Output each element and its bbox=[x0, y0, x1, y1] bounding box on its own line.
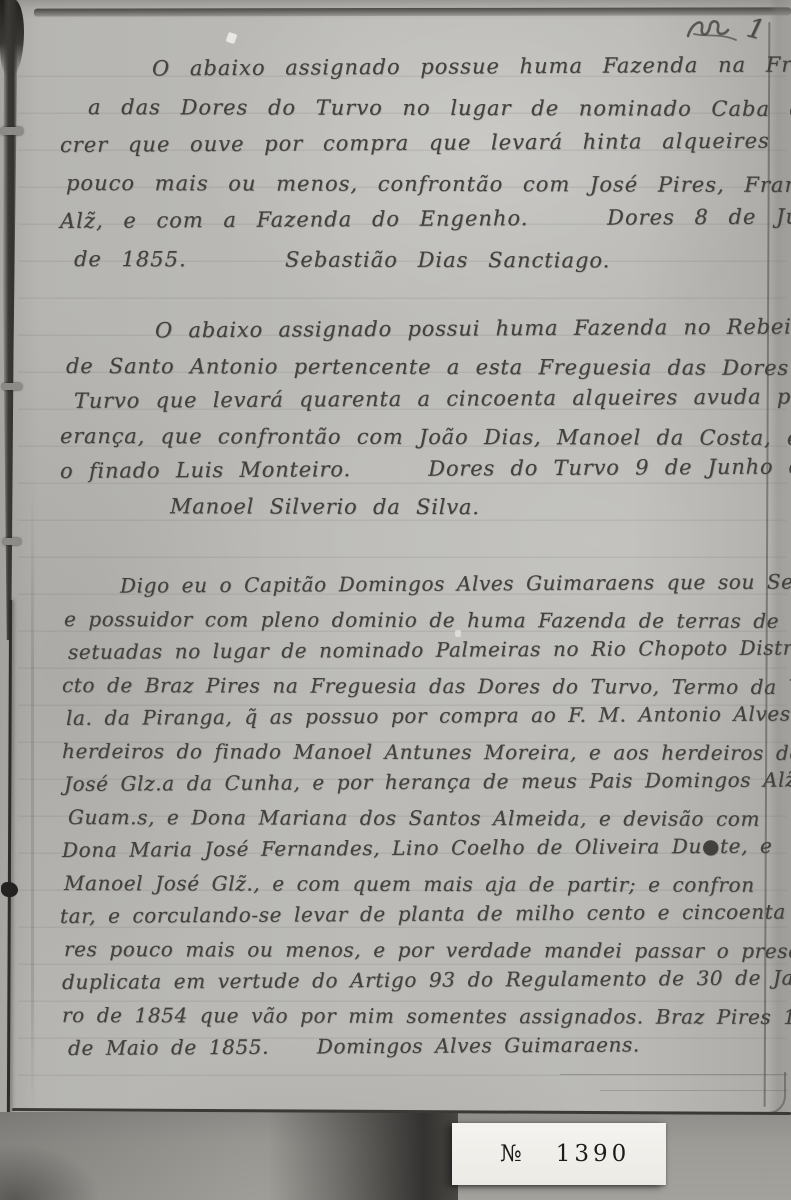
manuscript-line: Turvo que levará quarenta a cincoenta al… bbox=[60, 379, 791, 419]
manuscript-line: O abaixo assignado possui huma Fazenda n… bbox=[60, 309, 791, 349]
archival-number: 1390 bbox=[556, 1141, 631, 1167]
manuscript-line: duplicata em vertude do Artigo 93 do Reg… bbox=[58, 961, 791, 999]
archival-number-label: № 1390 bbox=[452, 1123, 666, 1185]
manuscript-line: de 1855. Sebastião Dias Sanctiago. bbox=[60, 240, 791, 280]
manuscript-line: Dona Maria José Fernandes, Lino Coelho d… bbox=[58, 829, 791, 867]
manuscript-line: tar, e corculando-se levar de planta de … bbox=[58, 895, 791, 933]
manuscript-line: la. da Piranga, q̃ as possuo por compra … bbox=[58, 697, 791, 735]
manuscript-line: o finado Luis Monteiro. Dores do Turvo 9… bbox=[60, 449, 791, 489]
binding-stitch bbox=[1, 127, 23, 135]
manuscript-line: Manoel Silverio da Silva. bbox=[60, 489, 791, 526]
scribble-mark bbox=[684, 14, 742, 48]
binding-knot bbox=[1, 882, 18, 897]
manuscript-line: crer que ouve por compra que levará hint… bbox=[60, 121, 791, 164]
paragraph-declaration-silverio: O abaixo assignado possui huma Fazenda n… bbox=[60, 314, 791, 524]
manuscript-line: O abaixo assignado possue huma Fazenda n… bbox=[60, 45, 791, 88]
manuscript-line: Alz̃, e com a Fazenda do Engenho. Dores … bbox=[60, 197, 791, 240]
manuscript-line: de Maio de 1855. Domingos Alves Guimarae… bbox=[58, 1027, 791, 1065]
page-top-edge-line bbox=[34, 7, 791, 16]
scan-dark-smudge bbox=[268, 1112, 458, 1200]
manuscript-line: Digo eu o Capitão Domingos Alves Guimara… bbox=[58, 565, 791, 603]
manuscript-line: setuadas no lugar de nominado Palmeiras … bbox=[58, 631, 791, 669]
fold-crease bbox=[31, 480, 34, 1110]
paragraph-declaration-sanctiago: O abaixo assignado possue huma Fazenda n… bbox=[60, 50, 791, 278]
paragraph-declaration-guimaraens: Digo eu o Capitão Domingos Alves Guimara… bbox=[58, 570, 791, 1065]
numero-symbol: № bbox=[500, 1141, 522, 1167]
underlying-page-edge bbox=[600, 1090, 788, 1091]
page-corner-curve bbox=[744, 1072, 786, 1114]
binding-stitch bbox=[2, 383, 22, 390]
manuscript-line: José Glz.a da Cunha, e por herança de me… bbox=[58, 763, 791, 801]
binding-stitch bbox=[3, 538, 21, 545]
underlying-page-edge bbox=[560, 1074, 788, 1075]
